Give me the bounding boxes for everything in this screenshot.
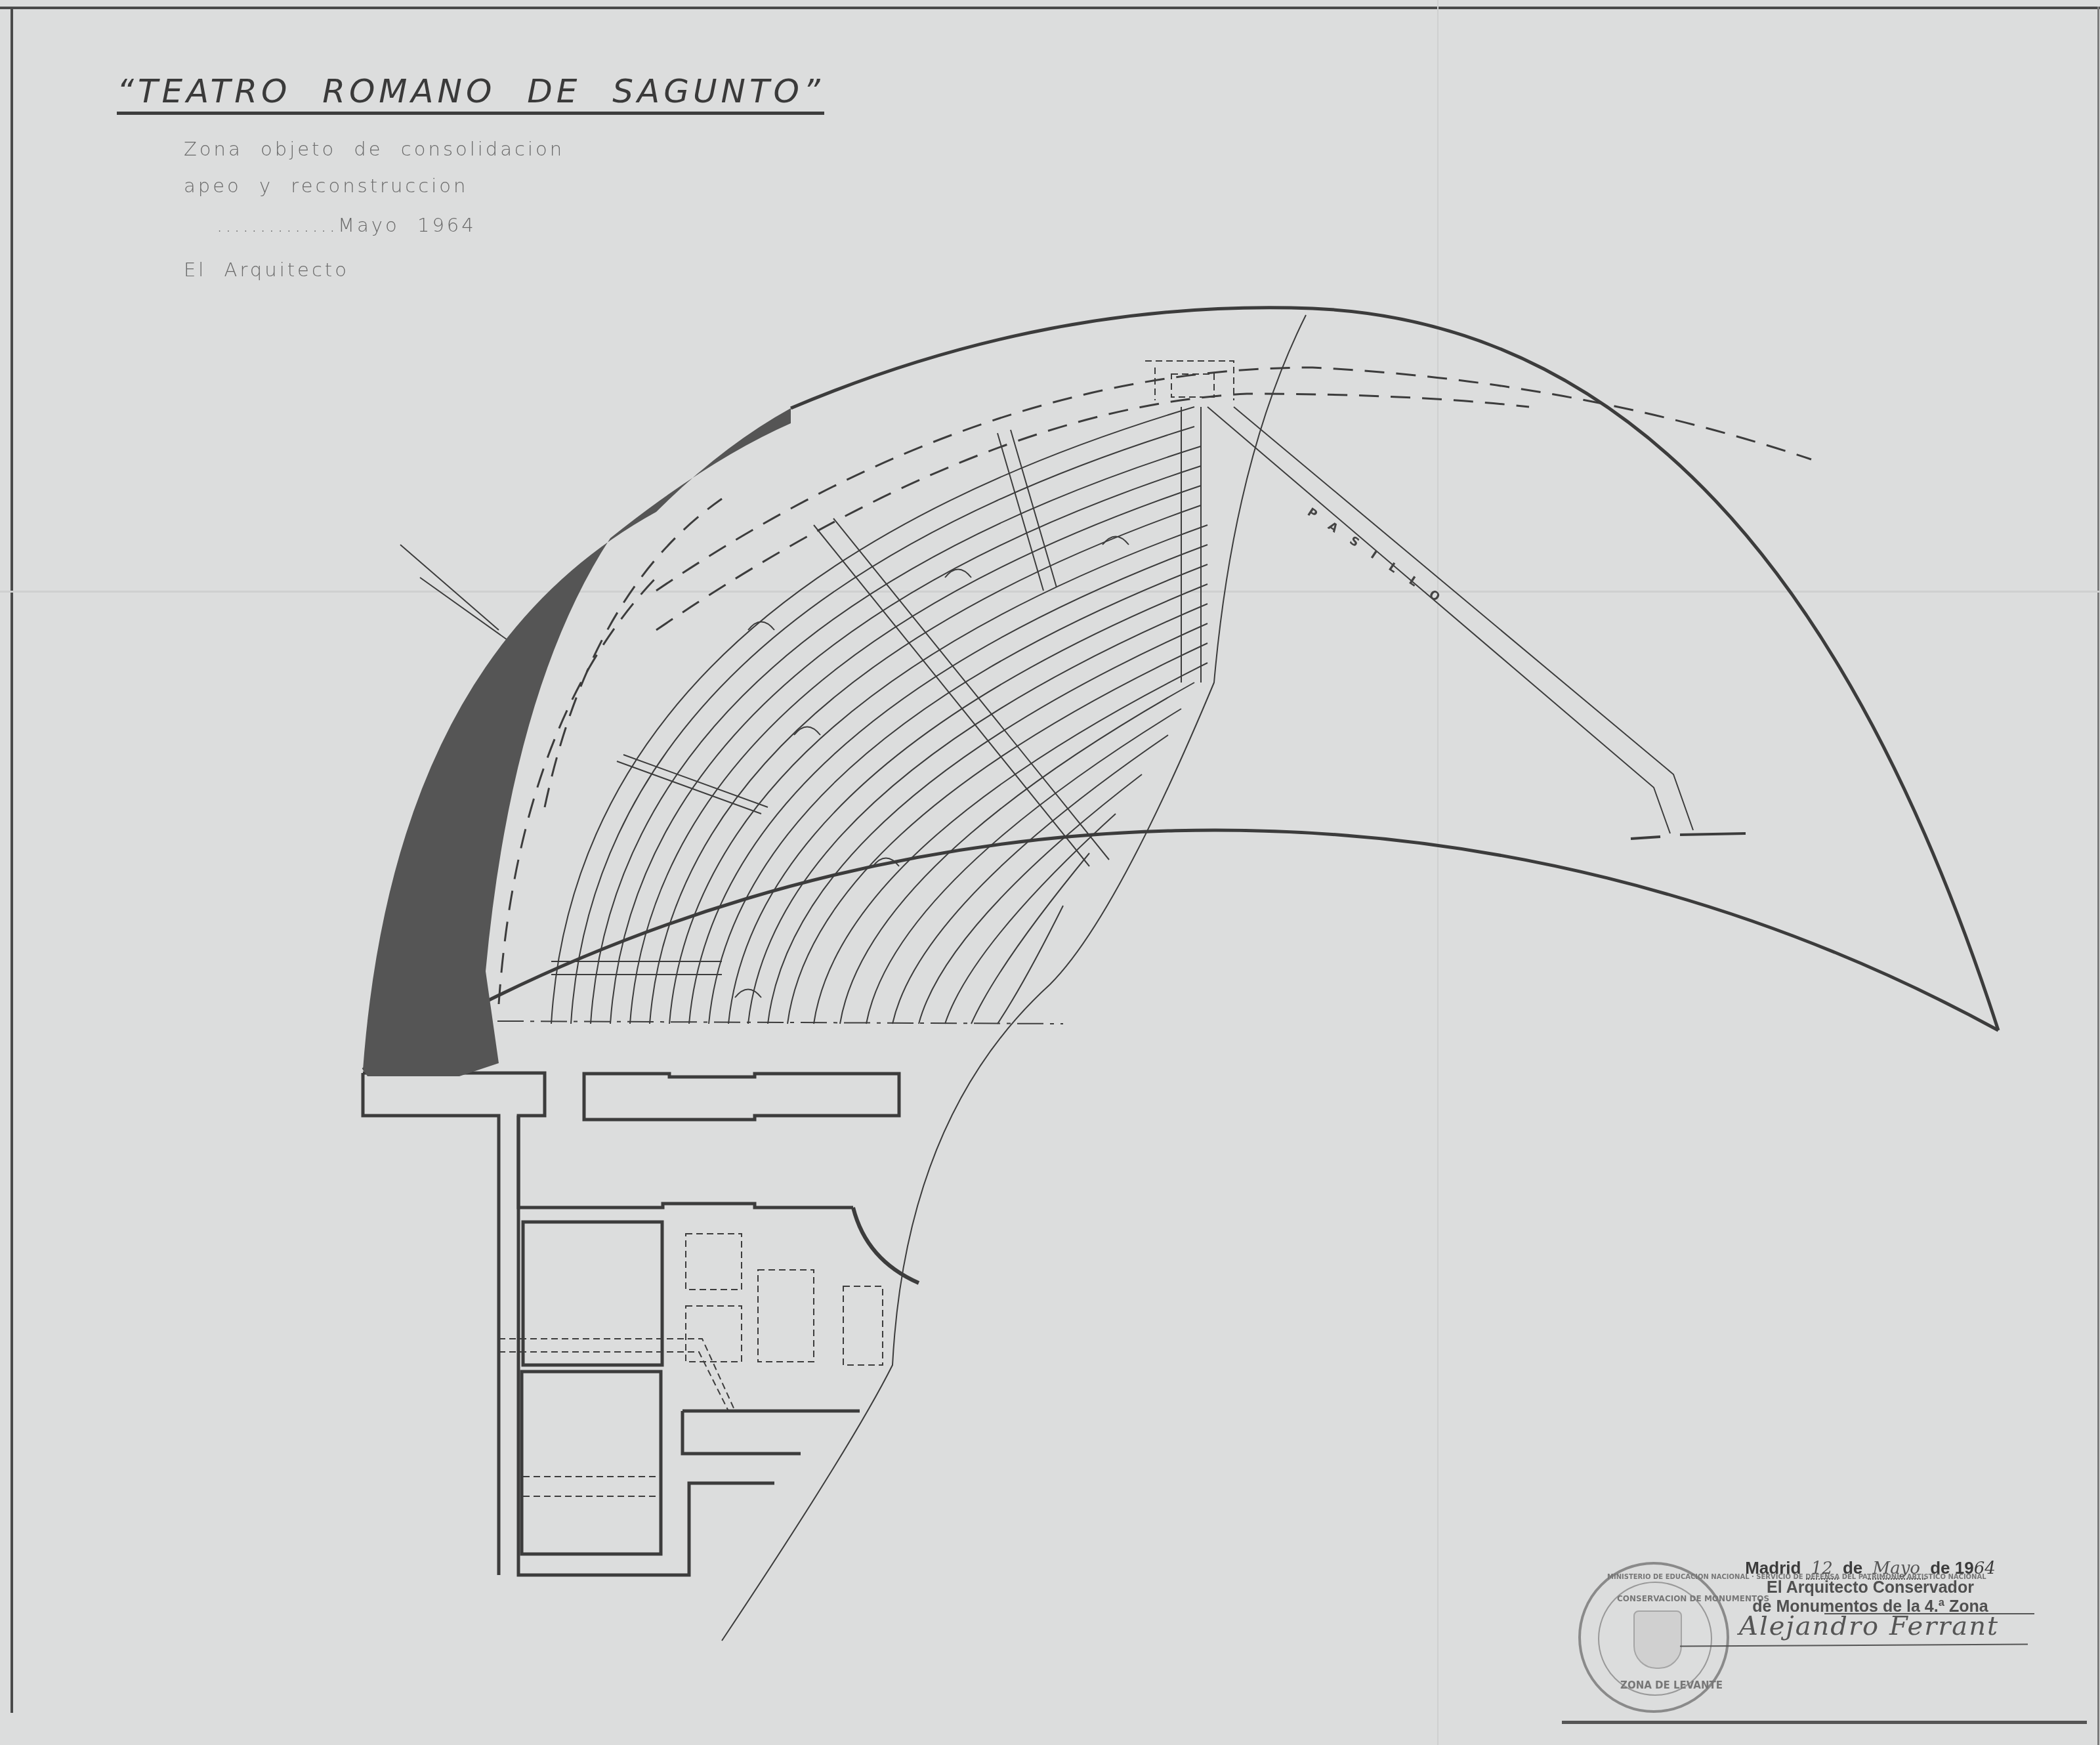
date-de-2: de — [1930, 1558, 1950, 1578]
certification-role: El Arquitecto Conservador — [1732, 1578, 2008, 1597]
sheet-bottom-rule — [1562, 1721, 2087, 1724]
architectural-plan-sheet: “TEATRO ROMANO DE SAGUNTO” Zona objeto d… — [0, 0, 2100, 1745]
date-de: de — [1843, 1558, 1862, 1578]
date-place: Madrid — [1745, 1558, 1801, 1578]
consolidation-zone-shaded — [363, 408, 791, 1076]
date-year-handwritten: 64 — [1974, 1559, 1996, 1578]
date-day: 12 — [1806, 1559, 1838, 1580]
date-year-printed: 19 — [1955, 1558, 1974, 1578]
vomitoria — [735, 537, 1129, 998]
coat-of-arms-icon — [1633, 1610, 1682, 1669]
outer-wall-arc — [363, 830, 1998, 1070]
certification-date: Madrid 12 de Mayo de 1964 — [1732, 1558, 2008, 1578]
date-month: Mayo — [1868, 1559, 1925, 1580]
cavea-stairways — [551, 407, 1201, 975]
theatre-plan-drawing — [0, 0, 2100, 1745]
handwritten-signature: Alejandro Ferrant — [1739, 1611, 1999, 1641]
official-stamp: MINISTERIO DE EDUCACION NACIONAL · SERVI… — [1578, 1562, 1729, 1713]
scene-building-walls — [363, 1073, 899, 1575]
certification-block: Madrid 12 de Mayo de 1964 El Arquitecto … — [1732, 1558, 2008, 1616]
stamp-center-text: ZONA DE LEVANTE — [1620, 1679, 1723, 1691]
